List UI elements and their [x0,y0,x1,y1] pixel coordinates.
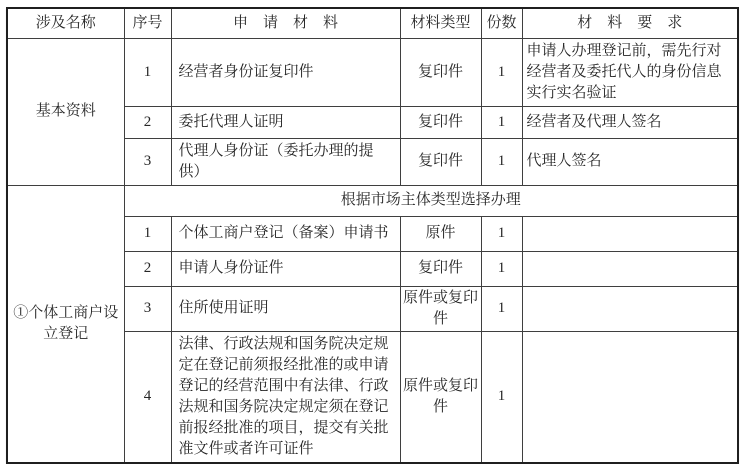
requirement-cell [522,286,738,331]
type-cell: 复印件 [400,138,481,185]
material-cell: 住所使用证明 [171,286,400,331]
type-cell: 复印件 [400,106,481,138]
header-involved-name: 涉及名称 [7,8,124,38]
material-cell: 个体工商户登记（备案）申请书 [171,216,400,251]
section-note-cell: 根据市场主体类型选择办理 [124,185,738,216]
application-materials-table: 涉及名称 序号 申 请 材 料 材料类型 份数 材 料 要 求 基本资料 1 经… [6,7,739,464]
copies-cell: 1 [481,106,522,138]
header-serial-number: 序号 [124,8,171,38]
requirement-cell [522,331,738,463]
row-number-cell: 1 [124,38,171,106]
header-material-requirement: 材 料 要 求 [522,8,738,38]
type-cell: 原件 [400,216,481,251]
material-cell: 经营者身份证复印件 [171,38,400,106]
type-cell: 复印件 [400,38,481,106]
copies-cell: 1 [481,38,522,106]
row-number-cell: 2 [124,106,171,138]
row-number-cell: 3 [124,138,171,185]
copies-cell: 1 [481,216,522,251]
material-cell: 申请人身份证件 [171,251,400,286]
row-number-cell: 1 [124,216,171,251]
table-row: 基本资料 1 经营者身份证复印件 复印件 1 申请人办理登记前，需先行对经营者及… [7,38,738,106]
material-cell: 法律、行政法规和国务院决定规定在登记前须报经批准的或申请登记的经营范围中有法律、… [171,331,400,463]
copies-cell: 1 [481,138,522,185]
requirement-cell: 经营者及代理人签名 [522,106,738,138]
requirement-cell: 申请人办理登记前，需先行对经营者及委托代人的身份信息实行实名验证 [522,38,738,106]
section-note-row: ①个体工商户设立登记 根据市场主体类型选择办理 [7,185,738,216]
copies-cell: 1 [481,286,522,331]
section-name-cell: ①个体工商户设立登记 [7,185,124,463]
copies-cell: 1 [481,251,522,286]
row-number-cell: 4 [124,331,171,463]
requirement-cell: 代理人签名 [522,138,738,185]
row-number-cell: 3 [124,286,171,331]
type-cell: 原件或复印件 [400,286,481,331]
header-application-material: 申 请 材 料 [171,8,400,38]
copies-cell: 1 [481,331,522,463]
row-number-cell: 2 [124,251,171,286]
section-name-cell: 基本资料 [7,38,124,185]
material-cell: 委托代理人证明 [171,106,400,138]
header-material-type: 材料类型 [400,8,481,38]
requirement-cell [522,216,738,251]
requirement-cell [522,251,738,286]
type-cell: 复印件 [400,251,481,286]
type-cell: 原件或复印件 [400,331,481,463]
table-header-row: 涉及名称 序号 申 请 材 料 材料类型 份数 材 料 要 求 [7,8,738,38]
header-copies: 份数 [481,8,522,38]
material-cell: 代理人身份证（委托办理的提供） [171,138,400,185]
